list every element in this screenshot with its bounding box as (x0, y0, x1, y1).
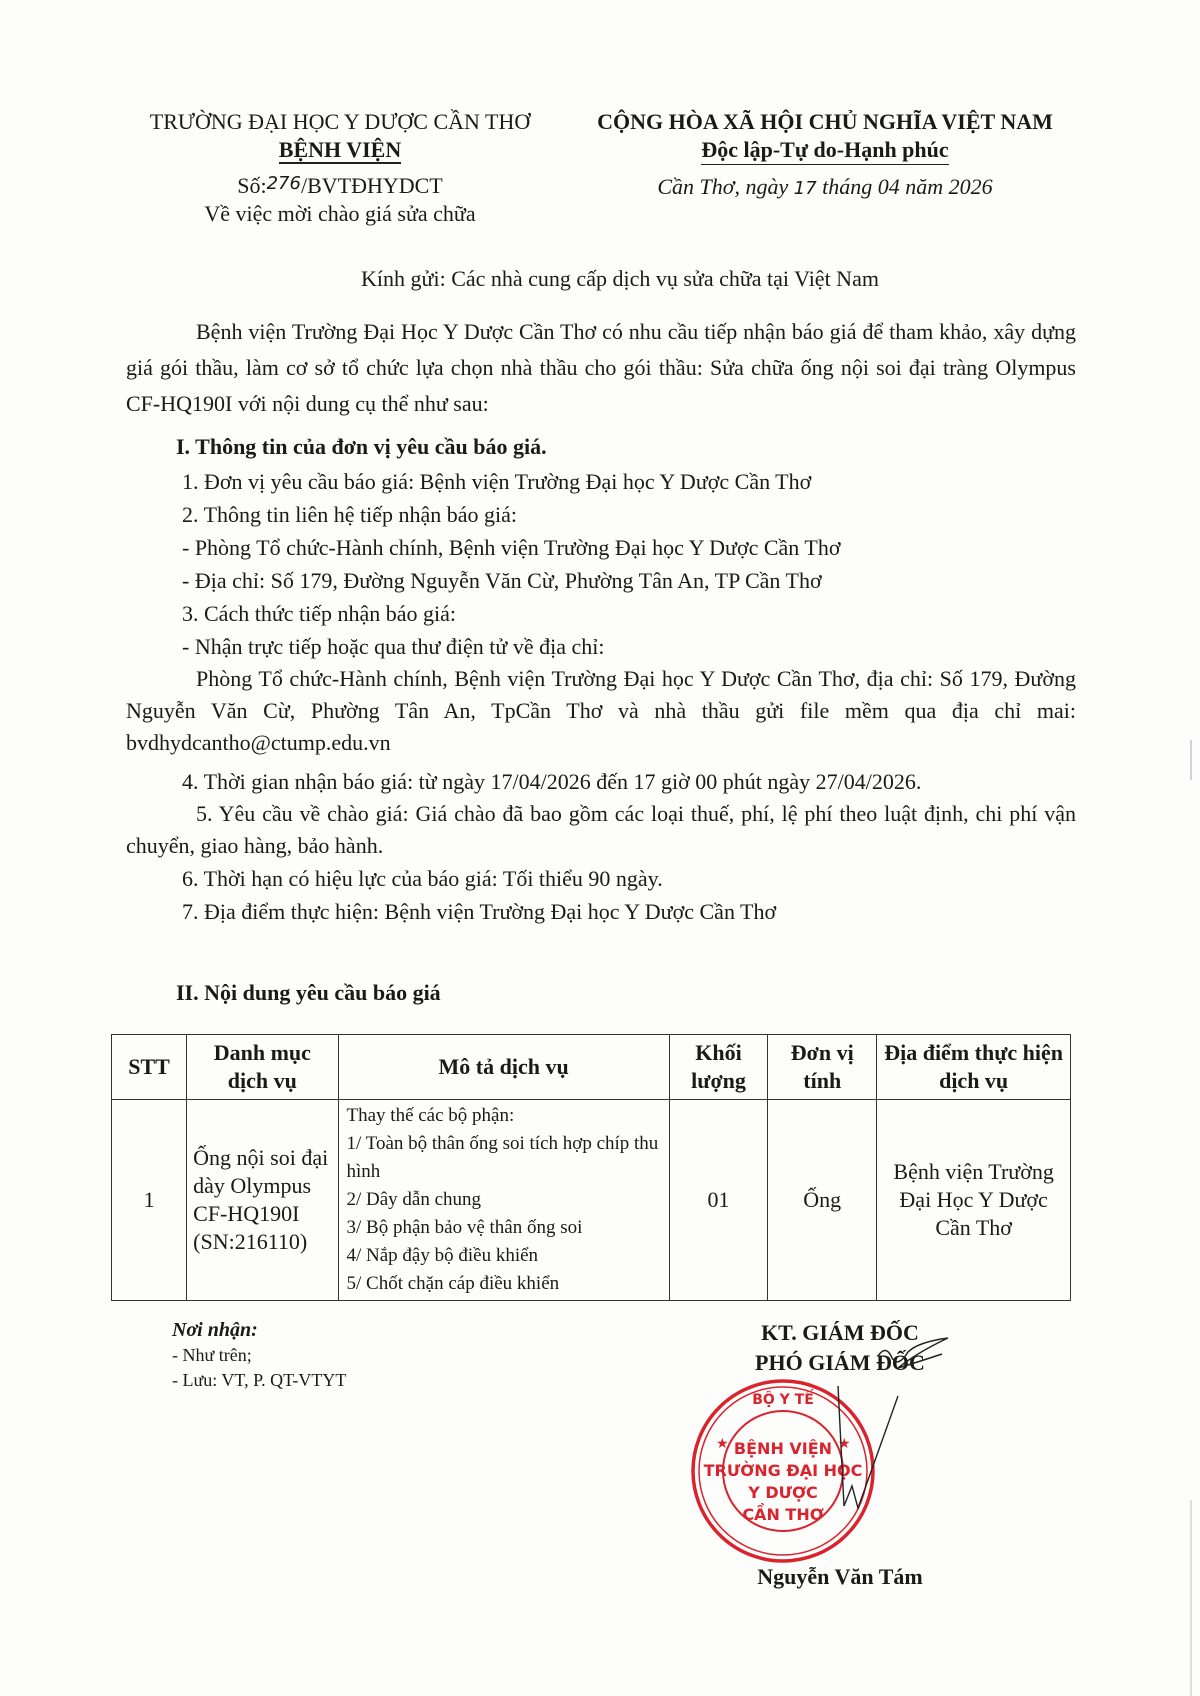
issuer-block: TRƯỜNG ĐẠI HỌC Y DƯỢC CẦN THƠ BỆNH VIỆN … (110, 108, 570, 228)
scan-margin-mark (1190, 740, 1192, 780)
signature-scribble-icon (748, 1336, 968, 1556)
item-1: 1. Đơn vị yêu cầu báo giá: Bệnh viện Trư… (126, 465, 1076, 498)
col-description: Mô tả dịch vụ (338, 1035, 669, 1100)
official-stamp: BỘ Y TẾ ★ ★ BỆNH VIỆN TRƯỜNG ĐẠI HỌC Y D… (688, 1376, 878, 1566)
issuer-unit: BỆNH VIỆN (279, 139, 401, 164)
national-motto: Độc lập-Tự do-Hạnh phúc (701, 138, 948, 165)
handwritten-number: 276 (267, 173, 301, 194)
document-number: Số:276/BVTĐHYDCT (110, 170, 570, 200)
recipients-block: Nơi nhận: - Như trên; - Lưu: VT, P. QT-V… (172, 1318, 346, 1393)
cell-location: Bệnh viện Trường Đại Học Y Dược Cần Thơ (877, 1100, 1071, 1301)
cell-quantity: 01 (669, 1100, 767, 1301)
document-subject: Về việc mời chào giá sửa chữa (110, 200, 570, 228)
col-quantity: Khối lượng (669, 1035, 767, 1100)
table-header-row: STT Danh mục dịch vụ Mô tả dịch vụ Khối … (112, 1035, 1071, 1100)
item-2: 2. Thông tin liên hệ tiếp nhận báo giá: (126, 498, 1076, 531)
issuer-org: TRƯỜNG ĐẠI HỌC Y DƯỢC CẦN THƠ (110, 108, 570, 136)
item-2-department: - Phòng Tổ chức-Hành chính, Bệnh viện Tr… (126, 531, 1076, 564)
national-header: CỘNG HÒA XÃ HỘI CHỦ NGHĨA VIỆT NAM Độc l… (570, 108, 1080, 203)
col-unit: Đơn vị tính (768, 1035, 877, 1100)
item-6: 6. Thời hạn có hiệu lực của báo giá: Tối… (126, 862, 1076, 895)
recipient-line: Kính gửi: Các nhà cung cấp dịch vụ sửa c… (0, 262, 1200, 295)
cell-service-item: Ống nội soi đại dày Olympus CF-HQ190I (S… (187, 1100, 338, 1301)
section-2: II. Nội dung yêu cầu báo giá (126, 976, 1076, 1009)
col-service-item: Danh mục dịch vụ (187, 1035, 338, 1100)
section-1-title: I. Thông tin của đơn vị yêu cầu báo giá. (126, 430, 1076, 463)
signer-name: Nguyễn Văn Tám (690, 1564, 990, 1590)
handwritten-day: 17 (794, 178, 817, 199)
item-4: 4. Thời gian nhận báo giá: từ ngày 17/04… (126, 765, 1076, 798)
table-row: 1 Ống nội soi đại dày Olympus CF-HQ190I … (112, 1100, 1071, 1301)
item-2-address: - Địa chỉ: Số 179, Đường Nguyễn Văn Cừ, … (126, 564, 1076, 597)
nation-title: CỘNG HÒA XÃ HỘI CHỦ NGHĨA VIỆT NAM (570, 108, 1080, 136)
intro-paragraph: Bệnh viện Trường Đại Học Y Dược Cần Thơ … (126, 314, 1076, 422)
place-date: Cần Thơ, ngày 17 tháng 04 năm 2026 (570, 173, 1080, 203)
cell-description: Thay thế các bộ phận: 1/ Toàn bộ thân ốn… (338, 1100, 669, 1301)
service-table: STT Danh mục dịch vụ Mô tả dịch vụ Khối … (111, 1034, 1071, 1301)
recipient-item: - Như trên; (172, 1343, 346, 1368)
section-1: I. Thông tin của đơn vị yêu cầu báo giá.… (126, 430, 1076, 928)
item-7: 7. Địa điểm thực hiện: Bệnh viện Trường … (126, 895, 1076, 928)
col-stt: STT (112, 1035, 187, 1100)
cell-unit: Ống (768, 1100, 877, 1301)
item-3: 3. Cách thức tiếp nhận báo giá: (126, 597, 1076, 630)
item-5: 5. Yêu cầu về chào giá: Giá chào đã bao … (126, 798, 1076, 862)
recipient-item: - Lưu: VT, P. QT-VTYT (172, 1368, 346, 1393)
recipients-title: Nơi nhận: (172, 1318, 346, 1343)
item-3-method: - Nhận trực tiếp hoặc qua thư điện tử về… (126, 630, 1076, 663)
col-location: Địa điểm thực hiện dịch vụ (877, 1035, 1071, 1100)
item-3-address: Phòng Tổ chức-Hành chính, Bệnh viện Trườ… (126, 663, 1076, 759)
section-2-title: II. Nội dung yêu cầu báo giá (126, 976, 1076, 1009)
scan-margin-mark (1190, 1500, 1192, 1696)
cell-stt: 1 (112, 1100, 187, 1301)
